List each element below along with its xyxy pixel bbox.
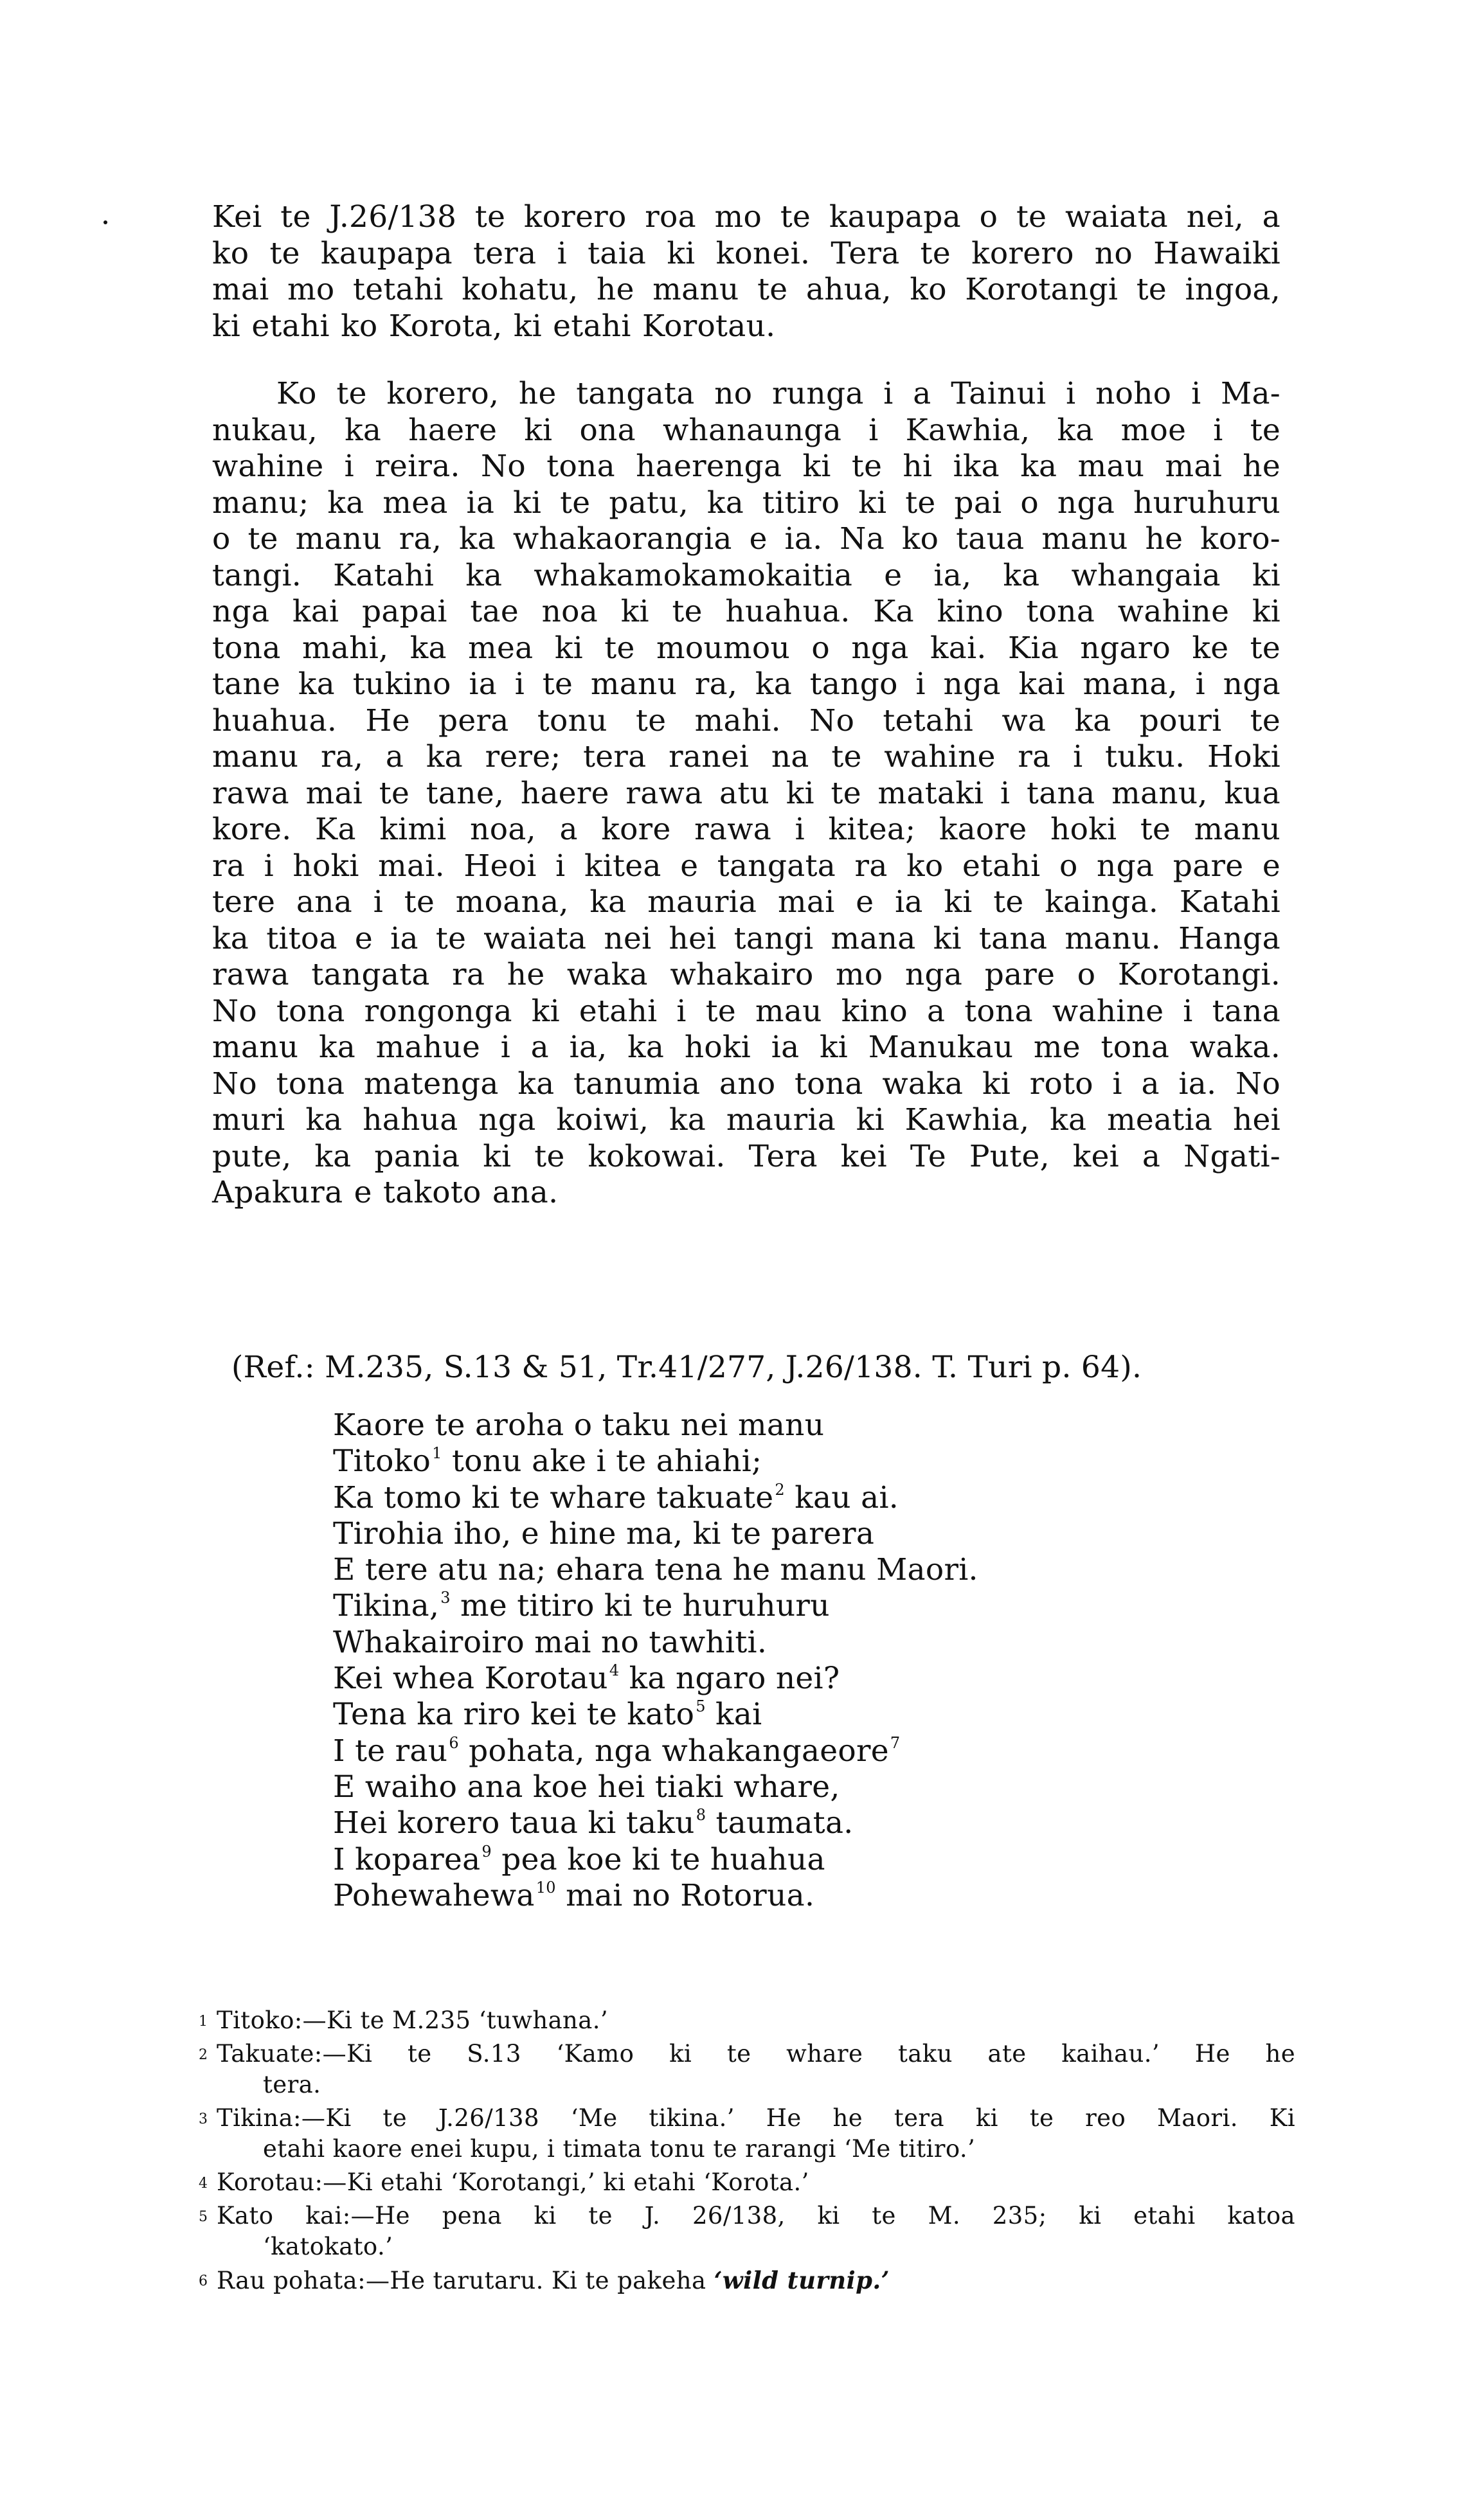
prose-line: manu ka mahue i a ia, ka hoki ia ki Manu…	[212, 1030, 1281, 1066]
poem-text: me titiro ki te huruhuru	[451, 1588, 830, 1623]
poem-text: Kei whea Korotau	[333, 1661, 608, 1696]
footnote-ref: 4	[609, 1661, 620, 1679]
footnote-number: 3	[199, 2104, 208, 2135]
paragraph-intro: Kei te J.26/138 te korero roa mo te kaup…	[212, 199, 1281, 344]
poem-text: tonu ake i te ahiahi;	[442, 1443, 762, 1479]
prose-line: tere ana i te moana, ka mauria mai e ia …	[212, 884, 1281, 921]
footnote-ref: 2	[775, 1481, 785, 1499]
poem-text: Ka tomo ki te whare takuate	[333, 1480, 773, 1515]
poem-text: Kaore te aroha o taku nei manu	[333, 1407, 824, 1443]
footnote-number: 2	[199, 2040, 208, 2071]
poem-text: Whakairoiro mai no tawhiti.	[333, 1625, 767, 1660]
footnote-3: 3 Tikina:—Ki te J.26/138 ‘Me tikina.’ He…	[196, 2103, 1295, 2165]
footnote-text: tera.	[217, 2069, 1295, 2100]
prose-line: tona mahi, ka mea ki te moumou o nga kai…	[212, 630, 1281, 667]
poem-text: kai	[706, 1697, 762, 1732]
prose-line: huahua. He pera tonu te mahi. No tetahi …	[212, 703, 1281, 740]
footnote-text: Titoko:—Ki te M.235 ‘tuwhana.’	[217, 2005, 1295, 2036]
prose-line: muri ka hahua nga koiwi, ka mauria ki Ka…	[212, 1102, 1281, 1139]
poem-text: ka ngaro nei?	[619, 1661, 840, 1696]
poem-text: taumata.	[706, 1805, 853, 1841]
footnote-text-italic: ‘wild turnip.’	[714, 2266, 890, 2294]
prose-line: wahine i reira. No tona haerenga ki te h…	[212, 449, 1281, 485]
prose-line: ka titoa e ia te waiata nei hei tangi ma…	[212, 921, 1281, 958]
margin-dot	[103, 220, 107, 224]
poem-line: Pohewahewa10 mai no Rotorua.	[333, 1878, 978, 1914]
poem-line: Hei korero taua ki taku8 taumata.	[333, 1805, 978, 1841]
footnote-2: 2 Takuate:—Ki te S.13 ‘Kamo ki te whare …	[196, 2039, 1295, 2100]
prose-line: rawa mai te tane, haere rawa atu ki te m…	[212, 776, 1281, 812]
document-page: Kei te J.26/138 te korero roa mo te kaup…	[0, 0, 1483, 2520]
poem-line: Tena ka riro kei te kato5 kai	[333, 1697, 978, 1733]
poem-text: I te rau	[333, 1733, 447, 1769]
footnote-ref: 8	[696, 1806, 706, 1824]
prose-line: Ko te korero, he tangata no runga i a Ta…	[212, 376, 1281, 413]
prose-line: No tona rongonga ki etahi i te mau kino …	[212, 994, 1281, 1030]
poem-text: E tere atu na; ehara tena he manu Maori.	[333, 1552, 978, 1587]
prose-line: ko te kaupapa tera i taia ki konei. Tera…	[212, 236, 1281, 273]
footnote-ref: 3	[440, 1589, 451, 1607]
footnote-number: 5	[199, 2202, 208, 2233]
prose-line: Kei te J.26/138 te korero roa mo te kaup…	[212, 199, 1281, 236]
footnote-text: Rau pohata:—He tarutaru. Ki te pakeha ‘w…	[217, 2265, 1295, 2296]
poem-line: Tikina,3 me titiro ki te huruhuru	[333, 1588, 978, 1624]
poem-text: Hei korero taua ki taku	[333, 1805, 695, 1841]
poem-line: Tirohia iho, e hine ma, ki te parera	[333, 1516, 978, 1552]
footnote-number: 4	[199, 2168, 208, 2199]
footnote-ref: 6	[449, 1734, 459, 1752]
prose-line: kore. Ka kimi noa, a kore rawa i kitea; …	[212, 812, 1281, 848]
poem-text: Tena ka riro kei te kato	[333, 1697, 694, 1732]
prose-line: ra i hoki mai. Heoi i kitea e tangata ra…	[212, 848, 1281, 885]
footnote-ref: 1	[432, 1444, 442, 1462]
poem-line: I te rau6 pohata, nga whakangaeore7	[333, 1733, 978, 1769]
footnote-number: 1	[199, 2006, 208, 2037]
footnote-text-plain: Rau pohata:—He tarutaru. Ki te pakeha	[217, 2267, 714, 2294]
poem-line: Titoko1 tonu ake i te ahiahi;	[333, 1443, 978, 1479]
footnote-4: 4 Korotau:—Ki etahi ‘Korotangi,’ ki etah…	[196, 2167, 1295, 2198]
footnote-ref: 5	[696, 1697, 706, 1715]
prose-line: Apakura e takoto ana.	[212, 1175, 1281, 1211]
poem-line: E tere atu na; ehara tena he manu Maori.	[333, 1552, 978, 1588]
prose-line: o te manu ra, ka whakaorangia e ia. Na k…	[212, 521, 1281, 558]
footnote-text: Korotau:—Ki etahi ‘Korotangi,’ ki etahi …	[217, 2167, 1295, 2198]
footnote-text: Tikina:—Ki te J.26/138 ‘Me tikina.’ He h…	[217, 2103, 1295, 2134]
footnote-ref: 10	[536, 1879, 556, 1897]
prose-line: nga kai papai tae noa ki te huahua. Ka k…	[212, 594, 1281, 630]
poem-text: pea koe ki te huahua	[492, 1842, 825, 1877]
prose-line: tangi. Katahi ka whakamokamokaitia e ia,…	[212, 558, 1281, 594]
poem-line: Kaore te aroha o taku nei manu	[333, 1407, 978, 1443]
references-line: (Ref.: M.235, S.13 & 51, Tr.41/277, J.26…	[231, 1350, 1142, 1386]
prose-line: mai mo tetahi kohatu, he manu te ahua, k…	[212, 272, 1281, 308]
footnote-6: 6 Rau pohata:—He tarutaru. Ki te pakeha …	[196, 2265, 1295, 2296]
footnote-text: ‘katokato.’	[217, 2231, 1295, 2262]
footnotes: 1 Titoko:—Ki te M.235 ‘tuwhana.’ 2 Takua…	[196, 2005, 1295, 2299]
poem-line: I koparea9 pea koe ki te huahua	[333, 1842, 978, 1878]
footnote-number: 6	[199, 2266, 208, 2297]
poem-text: I koparea	[333, 1842, 480, 1877]
footnote-text: Takuate:—Ki te S.13 ‘Kamo ki te whare ta…	[217, 2039, 1295, 2069]
paragraph-story: Ko te korero, he tangata no runga i a Ta…	[212, 376, 1281, 1211]
poem-line: Whakairoiro mai no tawhiti.	[333, 1625, 978, 1661]
poem-text: kau ai.	[785, 1480, 899, 1515]
poem-line: Kei whea Korotau4 ka ngaro nei?	[333, 1661, 978, 1697]
prose-line: manu; ka mea ia ki te patu, ka titiro ki…	[212, 485, 1281, 522]
poem-line: E waiho ana koe hei tiaki whare,	[333, 1769, 978, 1805]
footnote-1: 1 Titoko:—Ki te M.235 ‘tuwhana.’	[196, 2005, 1295, 2036]
poem-text: Titoko	[333, 1443, 431, 1479]
prose-line: manu ra, a ka rere; tera ranei na te wah…	[212, 739, 1281, 776]
poem-text: Tirohia iho, e hine ma, ki te parera	[333, 1516, 874, 1551]
poem-text: E waiho ana koe hei tiaki whare,	[333, 1769, 840, 1805]
waiata-poem: Kaore te aroha o taku nei manu Titoko1 t…	[333, 1407, 978, 1914]
poem-text: Tikina,	[333, 1588, 439, 1623]
poem-text: pohata, nga whakangaeore	[459, 1733, 889, 1769]
prose-line: tane ka tukino ia i te manu ra, ka tango…	[212, 666, 1281, 703]
poem-text: Pohewahewa	[333, 1878, 535, 1913]
footnote-text: Kato kai:—He pena ki te J. 26/138, ki te…	[217, 2201, 1295, 2231]
footnote-ref: 7	[890, 1734, 901, 1752]
prose-line: rawa tangata ra he waka whakairo mo nga …	[212, 957, 1281, 994]
prose-line: nukau, ka haere ki ona whanaunga i Kawhi…	[212, 413, 1281, 449]
footnote-5: 5 Kato kai:—He pena ki te J. 26/138, ki …	[196, 2201, 1295, 2262]
prose-line: No tona matenga ka tanumia ano tona waka…	[212, 1066, 1281, 1103]
footnote-text: etahi kaore enei kupu, i timata tonu te …	[217, 2134, 1295, 2165]
prose-line: pute, ka pania ki te kokowai. Tera kei T…	[212, 1139, 1281, 1175]
prose-line: ki etahi ko Korota, ki etahi Korotau.	[212, 308, 1281, 345]
poem-line: Ka tomo ki te whare takuate2 kau ai.	[333, 1480, 978, 1516]
footnote-ref: 9	[481, 1843, 492, 1861]
poem-text: mai no Rotorua.	[556, 1878, 814, 1913]
